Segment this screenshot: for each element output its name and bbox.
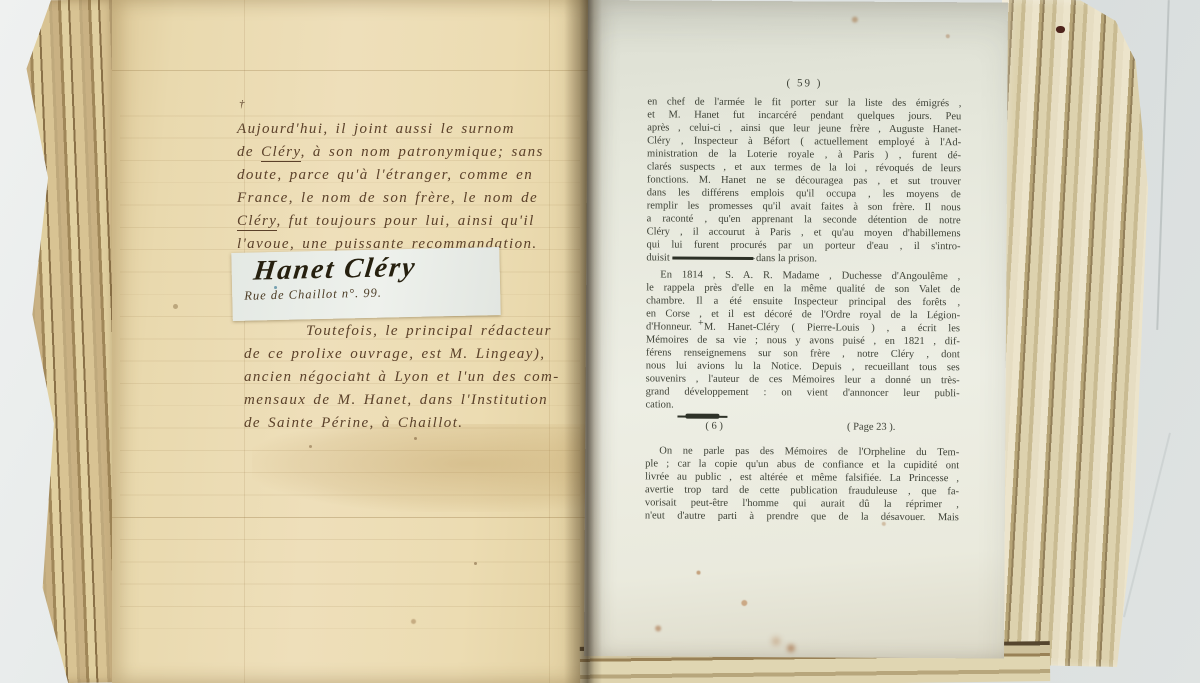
handwriting-text: , fut toujours pour lui, ainsi qu'il bbox=[277, 213, 535, 229]
handwriting-text: de bbox=[237, 144, 261, 160]
photo-background: † Aujourd'hui, il joint aussi le surnom … bbox=[0, 0, 1200, 683]
scribbled-out-text: ————————— bbox=[672, 253, 753, 264]
dagger-mark: † bbox=[239, 98, 245, 110]
signature-text: Hanet Cléry bbox=[238, 249, 494, 289]
insertion-caret-mark: + bbox=[698, 318, 704, 329]
handwritten-line: doute, parce qu'à l'étranger, comme en bbox=[237, 164, 577, 187]
struck-catchword-mark bbox=[685, 414, 719, 419]
printed-line: grand développement : on vient d'annonce… bbox=[646, 385, 960, 400]
printed-line: n'eut d'autre parti à prendre que de la … bbox=[645, 509, 959, 524]
handwriting-text: , à son nom patronymique; sans bbox=[301, 144, 544, 160]
foxing-spots bbox=[112, 0, 115, 3]
edge-stain-speck bbox=[1056, 26, 1065, 33]
handwritten-note-block: Aujourd'hui, il joint aussi le surnom de… bbox=[237, 118, 577, 256]
handwritten-line: mensaux de M. Hanet, dans l'Institution bbox=[244, 389, 594, 412]
right-page-edge-stack bbox=[988, 0, 1152, 667]
right-printed-page: ( 59 ) en chef de l'armée le fit porter … bbox=[584, 0, 1008, 659]
foxing-spots bbox=[588, 0, 592, 4]
handwritten-line: Toutefois, le principal rédacteur bbox=[244, 320, 594, 343]
printed-text-column: ( 59 ) en chef de l'armée le fit porter … bbox=[645, 76, 962, 524]
mid-page-reference-row: ( 6 ) ( Page 23 ). bbox=[645, 419, 959, 434]
ink-speck bbox=[274, 286, 277, 289]
printed-paragraph-3: On ne parle pas des Mémoires de l'Orphel… bbox=[645, 444, 959, 524]
printed-text: duisit bbox=[646, 252, 672, 263]
handwritten-line: de Sainte Périne, à Chaillot. bbox=[244, 412, 594, 435]
mid-page-number: ( 6 ) bbox=[705, 420, 723, 433]
mid-page-ref: ( Page 23 ). bbox=[847, 421, 895, 434]
album-frame-line bbox=[112, 517, 588, 518]
album-frame-line bbox=[112, 70, 588, 71]
handwritten-line: de ce prolixe ouvrage, est M. Lingeay), bbox=[244, 343, 594, 366]
printed-paragraph-1: en chef de l'armée le fit porter sur la … bbox=[646, 95, 961, 253]
printed-line: cation. bbox=[645, 398, 959, 413]
printed-page-number: ( 59 ) bbox=[647, 76, 961, 91]
handwritten-line: France, le nom de son frère, le nom de bbox=[237, 187, 577, 210]
printed-paragraph-2: En 1814 , S. A. R. Madame , Duchesse d'A… bbox=[645, 268, 960, 413]
handwritten-footer-block: Toutefois, le principal rédacteur de ce … bbox=[244, 320, 594, 435]
underlined-word: Cléry bbox=[261, 144, 301, 162]
printed-line-with-strikethrough: duisit ————————— dans la prison. bbox=[646, 251, 960, 266]
handwritten-line: de Cléry, à son nom patronymique; sans bbox=[237, 141, 577, 164]
left-album-page: † Aujourd'hui, il joint aussi le surnom … bbox=[112, 0, 588, 683]
handwritten-line: Cléry, fut toujours pour lui, ainsi qu'i… bbox=[237, 210, 577, 233]
handwritten-line: Aujourd'hui, il joint aussi le surnom bbox=[237, 118, 577, 141]
left-page-deckle-edges bbox=[16, 0, 125, 683]
background-crease bbox=[1156, 0, 1170, 330]
printed-text: dans la prison. bbox=[753, 253, 817, 264]
pasted-signature-label: Hanet Cléry Rue de Chaillot n°. 99. bbox=[231, 247, 500, 321]
handwritten-line: ancien négociant à Lyon et l'un des com- bbox=[244, 366, 594, 389]
underlined-word: Cléry bbox=[237, 213, 277, 231]
